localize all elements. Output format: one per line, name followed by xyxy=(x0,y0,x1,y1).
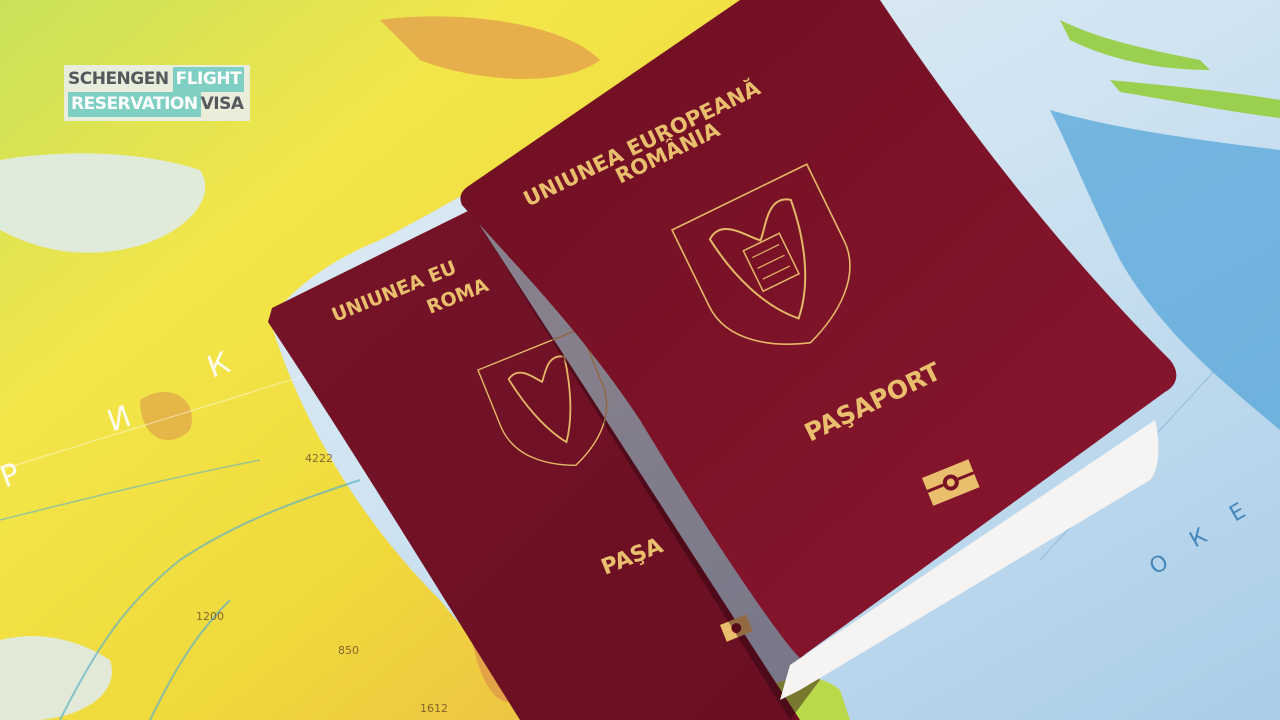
map-small-label: 1200 xyxy=(196,610,224,623)
logo-text-schengen: SCHENGEN xyxy=(68,67,169,92)
logo-row-2: RESERVATION VISA xyxy=(68,92,246,117)
logo-row-1: SCHENGEN FLIGHT xyxy=(68,67,246,92)
logo-text-reservation: RESERVATION xyxy=(68,92,201,117)
logo-text-flight: FLIGHT xyxy=(173,67,245,92)
logo-text-visa: VISA xyxy=(201,92,244,117)
map-small-label: 1612 xyxy=(420,702,448,715)
map-small-label: 4222 xyxy=(305,452,333,465)
map-small-label: 850 xyxy=(338,644,359,657)
watermark-logo: SCHENGEN FLIGHT RESERVATION VISA xyxy=(64,65,250,121)
